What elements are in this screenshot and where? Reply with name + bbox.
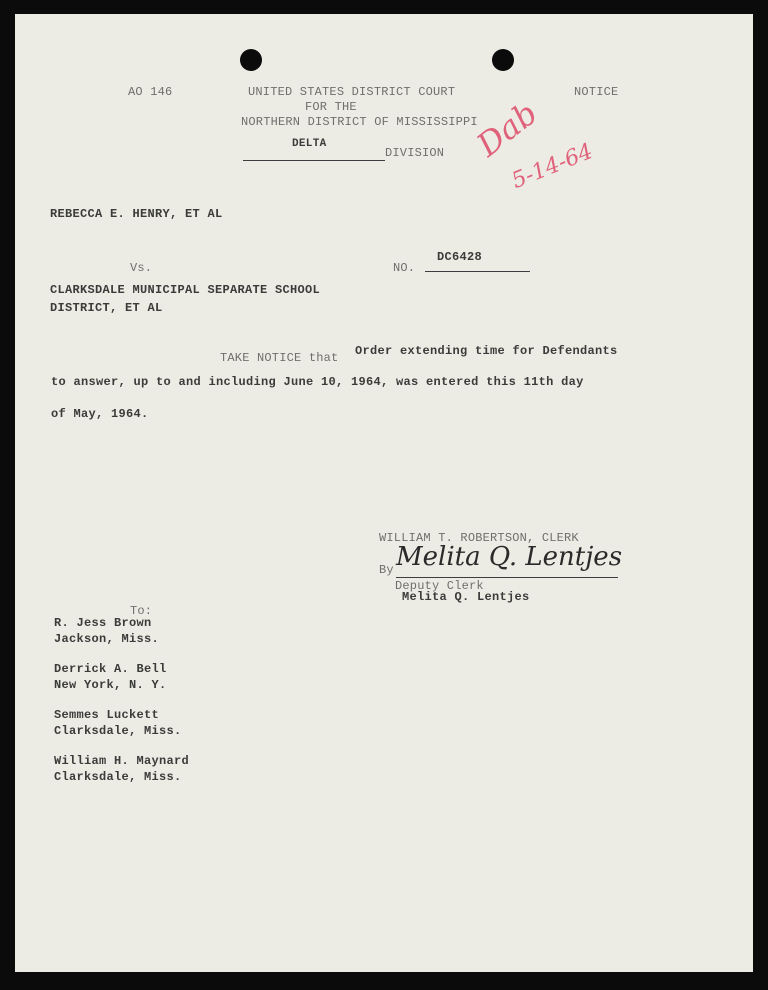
case-number: DC6428 — [437, 250, 482, 264]
recipient-location: Clarksdale, Miss. — [54, 724, 182, 738]
handwritten-signature: Melita Q. Lentjes — [396, 542, 622, 572]
document-page: AO 146 UNITED STATES DISTRICT COURT FOR … — [15, 14, 753, 972]
recipient-location: Jackson, Miss. — [54, 632, 159, 646]
punch-hole-right — [492, 49, 514, 71]
handwritten-date: 5-14-64 — [508, 139, 596, 194]
division-label: DIVISION — [385, 146, 444, 160]
handwritten-initials: Dab — [470, 94, 545, 164]
recipient-name: Semmes Luckett — [54, 708, 159, 722]
document-type: NOTICE — [574, 85, 618, 99]
case-number-underline — [425, 271, 530, 272]
plaintiff: REBECCA E. HENRY, ET AL — [50, 207, 223, 221]
notice-text-line2: to answer, up to and including June 10, … — [51, 375, 584, 389]
notice-lead: TAKE NOTICE that — [220, 351, 338, 365]
deputy-clerk-name: Melita Q. Lentjes — [402, 590, 530, 604]
form-number: AO 146 — [128, 85, 172, 99]
division-underline — [243, 160, 385, 161]
case-number-label: NO. — [393, 261, 415, 275]
punch-hole-left — [240, 49, 262, 71]
recipient-location: Clarksdale, Miss. — [54, 770, 182, 784]
court-name-line3: NORTHERN DISTRICT OF MISSISSIPPI — [241, 115, 478, 129]
recipient-name: R. Jess Brown — [54, 616, 152, 630]
court-name-line1: UNITED STATES DISTRICT COURT — [248, 85, 455, 99]
defendant-line2: DISTRICT, ET AL — [50, 301, 163, 315]
defendant-line1: CLARKSDALE MUNICIPAL SEPARATE SCHOOL — [50, 283, 320, 297]
by-label: By — [379, 563, 394, 577]
recipient-name: William H. Maynard — [54, 754, 189, 768]
versus: Vs. — [130, 261, 152, 275]
signature-line — [396, 577, 618, 578]
recipient-name: Derrick A. Bell — [54, 662, 167, 676]
notice-text-line3: of May, 1964. — [51, 407, 149, 421]
notice-text-line1: Order extending time for Defendants — [355, 344, 618, 358]
division-name: DELTA — [292, 138, 327, 150]
recipient-location: New York, N. Y. — [54, 678, 167, 692]
court-name-line2: FOR THE — [305, 100, 357, 114]
